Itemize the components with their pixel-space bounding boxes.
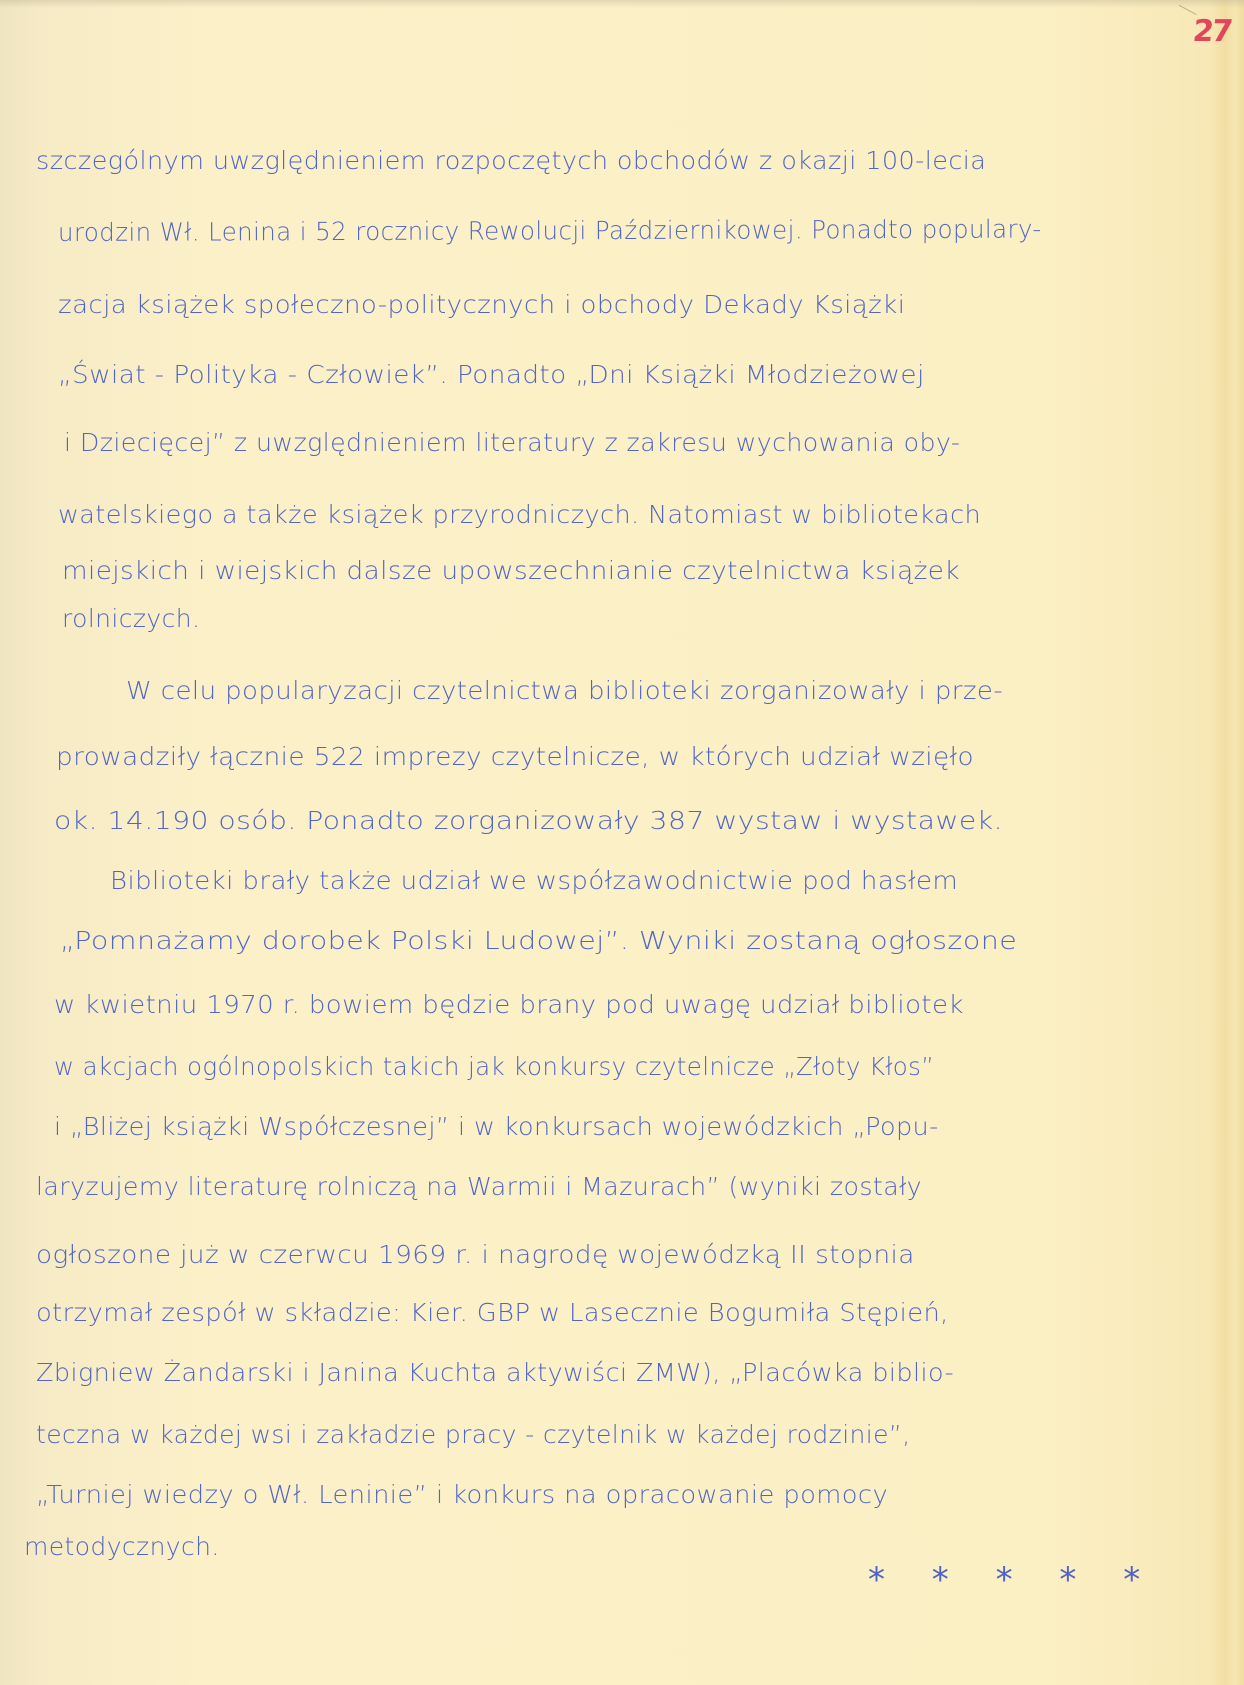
page-number: 27 bbox=[1191, 14, 1232, 49]
text-line: W celu popularyzacji czytelnictwa biblio… bbox=[126, 676, 1003, 705]
text-line: i Dziecięcej” z uwzględnieniem literatur… bbox=[64, 428, 960, 457]
text-line: teczna w każdej wsi i zakładzie pracy - … bbox=[36, 1420, 911, 1449]
text-line: watelskiego a także książek przyrodniczy… bbox=[58, 500, 981, 529]
text-line: urodzin Wł. Lenina i 52 rocznicy Rewoluc… bbox=[58, 214, 1042, 247]
text-line: ogłoszone już w czerwcu 1969 r. i nagrod… bbox=[36, 1240, 915, 1269]
text-line: szczególnym uwzględnieniem rozpoczętych … bbox=[36, 146, 986, 175]
text-line: Zbigniew Żandarski i Janina Kuchta aktyw… bbox=[36, 1358, 954, 1387]
text-line: ok. 14.190 osób. Ponadto zorganizowały 3… bbox=[54, 806, 1003, 835]
closing-asterisks: * * * * * bbox=[868, 1560, 1158, 1600]
text-line: otrzymał zespół w składzie: Kier. GBP w … bbox=[36, 1298, 949, 1327]
text-line: w akcjach ogólnopolskich takich jak konk… bbox=[54, 1052, 934, 1081]
text-line: Biblioteki brały także udział we współza… bbox=[110, 866, 958, 895]
text-line: „Turniej wiedzy o Wł. Leninie” i konkurs… bbox=[36, 1480, 888, 1509]
handwritten-page: 27 szczególnym uwzględnieniem rozpoczęty… bbox=[0, 0, 1244, 1685]
text-line: w kwietniu 1970 r. bowiem będzie brany p… bbox=[54, 990, 964, 1019]
text-line: „Świat - Polityka - Człowiek”. Ponadto „… bbox=[58, 360, 925, 389]
text-line: i „Bliżej książki Współczesnej” i w konk… bbox=[54, 1112, 939, 1141]
text-line: metodycznych. bbox=[24, 1532, 220, 1561]
text-line: miejskich i wiejskich dalsze upowszechni… bbox=[62, 556, 960, 585]
text-line: prowadziły łącznie 522 imprezy czytelnic… bbox=[56, 742, 974, 771]
page-top-edge bbox=[0, 0, 1244, 8]
text-line: rolniczych. bbox=[62, 604, 200, 633]
text-line: zacja książek społeczno-politycznych i o… bbox=[58, 290, 905, 319]
text-line: „Pomnażamy dorobek Polski Ludowej”. Wyni… bbox=[60, 926, 1017, 955]
text-line: laryzujemy literaturę rolniczą na Warmii… bbox=[36, 1172, 922, 1201]
